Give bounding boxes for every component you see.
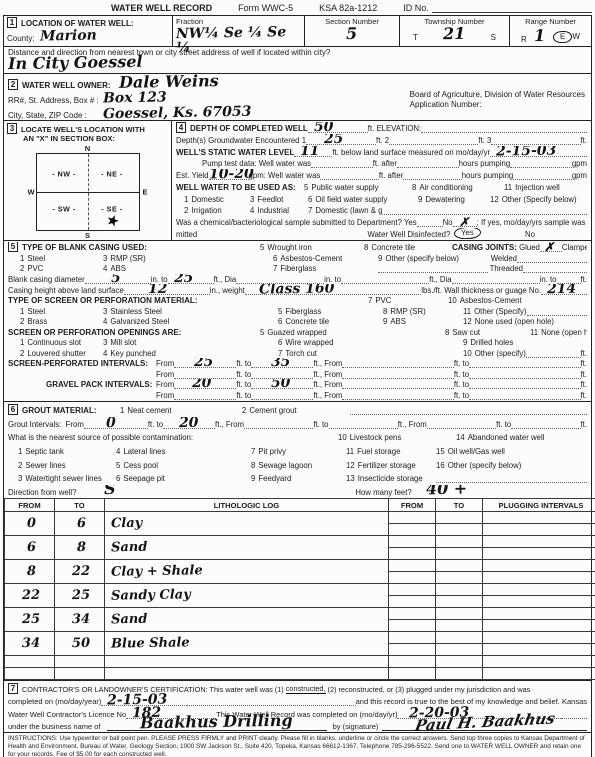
span: EW bbox=[553, 26, 580, 44]
litho-from-value: 0 bbox=[27, 517, 36, 530]
option-9: 9Feedyard bbox=[251, 474, 346, 483]
df bbox=[469, 359, 580, 368]
option-label: Louvered shutter bbox=[27, 349, 86, 358]
option-label: Domestic (lawn & garden) bbox=[315, 206, 381, 215]
option-number: 6 bbox=[308, 195, 312, 204]
option-number: 10 bbox=[448, 296, 457, 305]
d: 11 bbox=[294, 148, 332, 157]
static-level-value: 11 bbox=[300, 146, 320, 157]
section1-location-row: 1 LOCATION OF WATER WELL: County: Marion… bbox=[4, 16, 591, 46]
option-label: Seepage pit bbox=[123, 474, 165, 483]
spi-from-value: 25 bbox=[194, 358, 214, 368]
casing-joints-label: CASING JOINTS: bbox=[452, 243, 517, 252]
compass-east-label: E bbox=[142, 188, 147, 197]
option-5: 5Cess pool bbox=[116, 461, 251, 470]
option-label: Asbestos-Cement bbox=[280, 254, 342, 263]
option-number: 6 bbox=[273, 254, 277, 263]
option-label: Asbestos-Cement bbox=[460, 296, 522, 305]
casing-depth-value: 25 bbox=[174, 274, 194, 284]
constructed-underlined: constructed, bbox=[286, 684, 326, 694]
option-number: 4 bbox=[103, 317, 107, 326]
contamination-question: What is the nearest source of possible c… bbox=[8, 433, 338, 442]
plugging-empty-cell bbox=[389, 548, 436, 560]
option-7: 7Pit privy bbox=[251, 447, 346, 456]
option-number: 14 bbox=[456, 433, 465, 442]
fraction-cell: Fraction NW¼ Se ¼ Se ¼ bbox=[172, 16, 304, 46]
litho-log-value: Sand bbox=[111, 613, 148, 627]
plugging-empty-cell bbox=[389, 608, 436, 620]
option-label: Concrete tile bbox=[371, 243, 415, 252]
depth-value: 50 bbox=[314, 122, 334, 133]
spi2-ftto: ft. to bbox=[236, 370, 251, 379]
option-10: 10Asbestos-Cement bbox=[448, 296, 522, 305]
df bbox=[342, 391, 453, 400]
fr: Blank casing diameter 5 in. to 25 ft., D… bbox=[8, 274, 587, 284]
spi-ftto: ft. to bbox=[236, 359, 251, 368]
df bbox=[469, 391, 580, 400]
option-8: 8Saw cut bbox=[445, 328, 530, 337]
litho-row: 2534Sand bbox=[5, 608, 595, 620]
weight-value: Class 160 bbox=[259, 284, 335, 294]
use-options-line3: 2Irrigation4Industrial7Domestic (lawn & … bbox=[184, 204, 382, 215]
litho-row: 06Clay bbox=[5, 512, 595, 524]
fr: 2Brass4Galvanized Steel6Concrete tile9AB… bbox=[8, 316, 587, 326]
gauge-value: 214 bbox=[547, 284, 576, 294]
contamination-line2: 2Sewer lines5Cess pool8Sewage lagoon12Fe… bbox=[18, 458, 521, 470]
litho-to-value: 8 bbox=[77, 541, 86, 554]
option-8: 8Concrete tile bbox=[364, 243, 415, 252]
id-number-blank bbox=[432, 4, 592, 13]
litho-cell-from: 34 bbox=[5, 632, 55, 656]
option-7: 7PVC bbox=[368, 296, 448, 305]
df bbox=[469, 380, 580, 389]
fr: WELL'S STATIC WATER LEVEL 11 ft. below l… bbox=[176, 146, 587, 157]
option-11: 11Injection well bbox=[504, 183, 560, 192]
option-8: 8Sewage lagoon bbox=[251, 461, 346, 470]
litho-cell-to: 6 bbox=[55, 512, 105, 536]
option-11: 11None (open hole) bbox=[530, 328, 587, 337]
option-number: 5 bbox=[278, 307, 282, 316]
use-options-line1: 5Public water supply8Air conditioning11I… bbox=[304, 181, 560, 192]
option-12: 12Fertilizer storage bbox=[346, 461, 436, 470]
option-label: Feedlot bbox=[257, 195, 283, 204]
pump-gpm: gpm bbox=[572, 159, 587, 168]
form-body: 1 LOCATION OF WATER WELL: County: Marion… bbox=[3, 15, 592, 757]
option-9: 9Drilled holes bbox=[463, 338, 513, 347]
business-name-label: under the business name of bbox=[8, 722, 101, 731]
df bbox=[427, 420, 496, 429]
glued-mark: ✗ bbox=[544, 242, 554, 252]
gpi2-ftfrom: ft., From bbox=[313, 391, 342, 400]
plugging-empty-cell bbox=[483, 572, 595, 584]
gi-ftto2: ft. to bbox=[313, 420, 328, 429]
option-number: 5 bbox=[260, 243, 264, 252]
option-12: 12Other (Specify below) bbox=[490, 195, 577, 204]
plugging-empty-cell bbox=[436, 584, 483, 596]
option-number: 7 bbox=[278, 349, 282, 358]
litho-to-value: 25 bbox=[72, 589, 90, 602]
litho-header: FROM TO LITHOLOGIC LOG FROM TO PLUGGING … bbox=[5, 499, 595, 512]
litho-log-value: Blue Shale bbox=[111, 636, 190, 650]
compass-north-label: N bbox=[23, 144, 153, 153]
gpi2-ftto: ft. to bbox=[236, 391, 251, 400]
litho-empty-cell bbox=[55, 656, 105, 668]
gravel-pack-label: GRAVEL PACK INTERVALS: bbox=[8, 380, 156, 389]
plugging-empty-cell bbox=[483, 644, 595, 656]
d bbox=[251, 370, 313, 379]
township-suffix: S bbox=[491, 33, 496, 42]
option-3: 3RMP (SR) bbox=[103, 254, 273, 263]
option-4: 4Galvanized Steel bbox=[103, 317, 278, 326]
certification-text2: (2) reconstructed, or (3) plugged under … bbox=[328, 685, 531, 694]
plugging-empty-cell bbox=[436, 596, 483, 608]
option-label: Oil well/Gas well bbox=[448, 447, 505, 456]
option-number: 4 bbox=[103, 349, 107, 358]
litho-row bbox=[5, 656, 595, 668]
screen-material-title: TYPE OF SCREEN OR PERFORATION MATERIAL: bbox=[8, 296, 368, 305]
option-number: 3 bbox=[103, 338, 107, 347]
plugging-intervals-header: PLUGGING INTERVALS bbox=[483, 499, 595, 512]
fr: Grout Intervals: From 0 ft. to 20 ft., F… bbox=[8, 417, 587, 429]
fr: 5 TYPE OF BLANK CASING USED: 5Wrought ir… bbox=[8, 242, 587, 252]
litho-empty-cell bbox=[105, 656, 389, 668]
spi-ftto2: ft. to bbox=[454, 359, 469, 368]
lithologic-log-table: FROM TO LITHOLOGIC LOG FROM TO PLUGGING … bbox=[4, 498, 595, 680]
section3-number: 3 bbox=[7, 123, 17, 134]
form-ksa: KSA 82a-1212 bbox=[319, 3, 377, 13]
groundwater-label: Depth(s) Groundwater Encountered bbox=[176, 136, 300, 145]
plugging-empty-cell bbox=[436, 668, 483, 680]
option-12: 12None used (open hole) bbox=[463, 317, 554, 326]
owner-value: Dale Weins bbox=[118, 73, 218, 91]
fr: 1Continuous slot3Mill slot6Wire wrapped9… bbox=[8, 337, 587, 347]
litho-cell-from: 25 bbox=[5, 608, 55, 632]
section-box-diagram: - NW - - NE - - SW - - SE - W E ★ bbox=[36, 153, 140, 231]
option-number: 7 bbox=[273, 264, 277, 273]
df bbox=[421, 124, 587, 133]
option-label: Air conditioning bbox=[419, 183, 472, 192]
option-6: 6Asbestos-Cement bbox=[273, 254, 378, 263]
litho-cell-to: 22 bbox=[55, 560, 105, 584]
range-east-circled: E bbox=[553, 31, 573, 44]
option-10: 10Livestock pens bbox=[338, 433, 456, 442]
option-10: 10Other (specify) bbox=[463, 349, 526, 358]
option-label: Other (Specify below) bbox=[502, 195, 577, 204]
disinfected-label: Water Well Disinfected? bbox=[368, 230, 451, 239]
d bbox=[378, 264, 488, 273]
plugging-empty-cell bbox=[483, 668, 595, 680]
option-label: Livestock pens bbox=[350, 433, 402, 442]
screen-options-line3: 2Brass4Galvanized Steel6Concrete tile9AB… bbox=[20, 316, 554, 326]
option-label: None used (open hole) bbox=[475, 317, 554, 326]
option-label: PVC bbox=[375, 296, 391, 305]
option-label: Other (specify below) bbox=[385, 254, 459, 263]
option-number: 8 bbox=[251, 461, 255, 470]
spi2-ft-end: ft. bbox=[581, 370, 587, 379]
option-label: Dewatering bbox=[425, 195, 464, 204]
section1-number: 1 bbox=[7, 17, 17, 28]
plugging-empty-cell bbox=[436, 656, 483, 668]
groundwater-depth1: 25 bbox=[324, 134, 344, 145]
litho-cell-to: 34 bbox=[55, 608, 105, 632]
option-number: 15 bbox=[436, 447, 445, 456]
tr: FROM TO LITHOLOGIC LOG FROM TO PLUGGING … bbox=[5, 499, 595, 512]
gpi2-from-label: From bbox=[156, 391, 174, 400]
df bbox=[341, 275, 429, 284]
df bbox=[320, 171, 379, 180]
option-number: 8 bbox=[364, 243, 368, 252]
litho-from-value: 25 bbox=[22, 613, 40, 626]
fr: TYPE OF SCREEN OR PERFORATION MATERIAL: … bbox=[8, 295, 587, 305]
option-label: ABS bbox=[390, 317, 406, 326]
litho-log-value: Sandy Clay bbox=[111, 588, 191, 602]
fr: GRAVEL PACK INTERVALS: From 20 ft. to 50… bbox=[8, 379, 587, 389]
distance-value: In City Goessel bbox=[8, 54, 143, 72]
plugging-empty-cell bbox=[389, 584, 436, 596]
litho-empty-cell bbox=[55, 668, 105, 680]
fr: Was a chemical/bacteriological sample su… bbox=[176, 216, 587, 227]
option-4: 4Lateral lines bbox=[116, 447, 251, 456]
option-number: 7 bbox=[308, 206, 312, 215]
yield-ft-after: ft. after bbox=[379, 171, 403, 180]
option-label: Other (Specify) bbox=[474, 307, 526, 316]
option-label: Public water supply bbox=[311, 183, 378, 192]
option-number: 11 bbox=[504, 183, 512, 192]
gi-from-value: 0 bbox=[106, 417, 116, 429]
yield-gpm: gpm bbox=[572, 171, 587, 180]
d bbox=[557, 275, 581, 284]
litho-from-value: 8 bbox=[27, 565, 36, 578]
df bbox=[329, 420, 398, 429]
option-number: 10 bbox=[338, 433, 347, 442]
option-label: Steel bbox=[27, 307, 45, 316]
welded-label: Welded bbox=[491, 254, 517, 263]
diam-ft-dia-1: ft., Dia bbox=[214, 275, 237, 284]
option-13: 13Insecticide storage bbox=[346, 474, 436, 483]
litho-row: 2225Sandy Clay bbox=[5, 584, 595, 596]
option-number: 7 bbox=[251, 447, 255, 456]
option-number: 8 bbox=[383, 307, 387, 316]
df: Class 160 bbox=[245, 286, 421, 295]
fr: WELL WATER TO BE USED AS: 5Public water … bbox=[176, 181, 587, 192]
static-level-label: WELL'S STATIC WATER LEVEL bbox=[176, 148, 294, 157]
casing-options-line3: 2PVC4ABS7Fiberglass bbox=[20, 263, 378, 273]
instructions-text: INSTRUCTIONS: Use typewriter or ball poi… bbox=[4, 732, 591, 757]
option-number: 2 bbox=[20, 349, 24, 358]
section-number-cell: Section Number 5 bbox=[304, 16, 399, 46]
spi-from-label: From bbox=[156, 359, 174, 368]
option-number: 9 bbox=[418, 195, 422, 204]
quadrant-ne-label: - NE - bbox=[101, 169, 123, 178]
option-label: Lateral lines bbox=[123, 447, 165, 456]
how-many-feet-label: How many feet? bbox=[355, 488, 411, 497]
fr: 6 GROUT MATERIAL: 1Neat cement2Cement gr… bbox=[8, 403, 587, 415]
option-label: Guazed wrapped bbox=[267, 328, 326, 337]
option-number: 6 bbox=[278, 317, 282, 326]
d: 0 bbox=[84, 420, 148, 429]
fr: 1Domestic3Feedlot6Oil field water supply… bbox=[176, 193, 587, 204]
contamination-line3: 3Watertight sewer lines6Seepage pit9Feed… bbox=[18, 471, 436, 483]
option-number: 9 bbox=[463, 338, 467, 347]
option-number: 11 bbox=[463, 307, 471, 316]
d bbox=[174, 391, 236, 400]
litho-cell-from: 22 bbox=[5, 584, 55, 608]
option-9: 9Dewatering bbox=[418, 195, 490, 204]
litho-empty-cell bbox=[105, 668, 389, 680]
option-number: 8 bbox=[412, 183, 416, 192]
option-1: 1Septic tank bbox=[18, 447, 116, 456]
section4-number: 4 bbox=[176, 122, 186, 133]
fr: 7 CONTRACTOR'S OR LANDOWNER'S CERTIFICAT… bbox=[8, 682, 587, 694]
section-number-value: 5 bbox=[346, 26, 357, 42]
line: 2 WATER WELL OWNER: Dale Weins bbox=[8, 75, 587, 90]
df bbox=[436, 474, 587, 483]
fr: SCREEN-PERFORATED INTERVALS: From 25 ft.… bbox=[8, 358, 587, 368]
screen-options-line1: 7PVC10Asbestos-Cement bbox=[368, 295, 587, 305]
fr: Depth(s) Groundwater Encountered 1 25 ft… bbox=[176, 134, 587, 145]
option-6: 6Concrete tile bbox=[278, 317, 383, 326]
litho-cell-log: Clay + Shale bbox=[105, 560, 389, 584]
plugging-empty-cell bbox=[483, 632, 595, 644]
option-label: Pit privy bbox=[258, 447, 286, 456]
litho-cell-log: Sand bbox=[105, 608, 389, 632]
df bbox=[342, 359, 453, 368]
plugging-empty-cell bbox=[436, 644, 483, 656]
county-cell: 1 LOCATION OF WATER WELL: County: Marion bbox=[4, 16, 172, 46]
option-15: 15Oil well/Gas well bbox=[436, 447, 505, 456]
range-west: W bbox=[572, 32, 580, 41]
casing-height-label: Casing height above land surface bbox=[8, 286, 124, 295]
casing-height-value: 12 bbox=[148, 284, 168, 294]
water-well-record-form: WATER WELL RECORD Form WWC-5 KSA 82a-121… bbox=[0, 0, 595, 757]
openings-other-ft: ft. bbox=[581, 349, 588, 358]
option-number: 1 bbox=[184, 195, 188, 204]
township-cell: Township Number T 21 S bbox=[399, 16, 509, 46]
spi-ftfrom: ft., From bbox=[313, 359, 342, 368]
option-number: 5 bbox=[260, 328, 264, 337]
fr: 3Watertight sewer lines6Seepage pit9Feed… bbox=[8, 471, 587, 483]
div: 5 bbox=[308, 26, 396, 44]
certification-text3: and this record is true to the best of m… bbox=[356, 697, 587, 706]
d: ✗ bbox=[540, 243, 562, 252]
casing-title: TYPE OF BLANK CASING USED: bbox=[22, 243, 147, 252]
litho-row: 68Sand bbox=[5, 536, 595, 548]
openings-line3: 2Louvered shutter4Key punched7Torch cut1… bbox=[20, 347, 526, 357]
section7-certification: 7 CONTRACTOR'S OR LANDOWNER'S CERTIFICAT… bbox=[4, 680, 591, 732]
fr: 5 TYPE OF BLANK CASING USED: bbox=[8, 242, 260, 252]
form-header: WATER WELL RECORD Form WWC-5 KSA 82a-121… bbox=[3, 2, 592, 15]
option-2: 2Cement grout bbox=[242, 406, 350, 415]
option-number: 11 bbox=[530, 328, 538, 337]
option-number: 16 bbox=[436, 461, 445, 470]
df bbox=[397, 159, 459, 168]
df bbox=[403, 171, 462, 180]
address-label: RR#, St. Address, Box # : bbox=[8, 96, 103, 105]
option-3: 3Feedlot bbox=[250, 195, 308, 204]
option-number: 2 bbox=[242, 406, 246, 415]
option-6: 6Oil field water supply bbox=[308, 195, 418, 204]
plugging-empty-cell bbox=[389, 596, 436, 608]
option-label: Sewer lines bbox=[25, 461, 65, 470]
pump-ft-after: ft. after bbox=[373, 159, 397, 168]
form-title: WATER WELL RECORD bbox=[111, 3, 212, 13]
option-4: 4Industrial bbox=[250, 206, 308, 215]
option-label: RMP (SR) bbox=[110, 254, 145, 263]
county-value: Marion bbox=[39, 29, 96, 44]
option-number: 3 bbox=[103, 307, 107, 316]
section7-number: 7 bbox=[8, 683, 18, 694]
casing-options-line2: 1Steel3RMP (SR)6Asbestos-Cement9Other (s… bbox=[20, 253, 490, 263]
df bbox=[491, 136, 580, 145]
litho-from-value: 34 bbox=[22, 637, 40, 650]
litho-cell-to: 25 bbox=[55, 584, 105, 608]
option-number: 2 bbox=[184, 206, 188, 215]
litho-to-value: 6 bbox=[77, 517, 86, 530]
option-5: 5Fiberglass bbox=[278, 307, 383, 316]
plugging-empty-cell bbox=[483, 512, 595, 524]
gpi-ft-end: ft. bbox=[581, 380, 587, 389]
df bbox=[342, 370, 453, 379]
d bbox=[417, 218, 443, 227]
d bbox=[251, 391, 313, 400]
section5-casing: 5 TYPE OF BLANK CASING USED: 5Wrought ir… bbox=[4, 240, 591, 401]
option-label: Fiberglass bbox=[280, 264, 316, 273]
fr: 2Irrigation4Industrial7Domestic (lawn & … bbox=[176, 204, 587, 215]
section4-well-details: 4 DEPTH OF COMPLETED WELL 50 ft. ELEVATI… bbox=[172, 121, 591, 240]
div: In City Goessel bbox=[8, 55, 587, 73]
d: 25 bbox=[306, 136, 376, 145]
option-number: 9 bbox=[378, 254, 382, 263]
grout-intervals-label: Grout Intervals: bbox=[8, 420, 61, 429]
wall-thickness-label: lbs./ft. Wall thickness or guage No. bbox=[421, 286, 541, 295]
litho-empty-cell bbox=[5, 668, 55, 680]
disinfected-no-label: No bbox=[525, 230, 535, 239]
option-number: 1 bbox=[20, 254, 24, 263]
gpi2-ft-end: ft. bbox=[581, 391, 587, 400]
option-number: 3 bbox=[103, 254, 107, 263]
option-number: 4 bbox=[250, 206, 254, 215]
df bbox=[527, 307, 587, 316]
plugging-empty-cell bbox=[436, 560, 483, 572]
fr: Pump test data: Well water was ft. after… bbox=[176, 157, 587, 168]
plugging-empty-cell bbox=[483, 656, 595, 668]
option-label: Wrought iron bbox=[267, 243, 312, 252]
litho-from-value: 22 bbox=[22, 589, 40, 602]
fr: 1 LOCATION OF WATER WELL: bbox=[7, 17, 169, 28]
plugging-empty-cell bbox=[483, 560, 595, 572]
section2-owner: 2 WATER WELL OWNER: Dale Weins RR#, St. … bbox=[4, 73, 591, 120]
option-number: 8 bbox=[445, 328, 449, 337]
option-2: 2Irrigation bbox=[184, 206, 250, 215]
compass-vertical-line bbox=[88, 154, 89, 230]
option-1: 1Steel bbox=[20, 254, 103, 263]
fr: mitted Water Well Disinfected? Yes No bbox=[176, 228, 587, 239]
option-11: 11Other (Specify) bbox=[463, 307, 527, 316]
plugging-empty-cell bbox=[389, 524, 436, 536]
option-label: Saw cut bbox=[452, 328, 480, 337]
fr: 3 LOCATE WELL'S LOCATION WITH bbox=[7, 123, 168, 134]
litho-log-value: Sand bbox=[111, 541, 148, 555]
section6-number: 6 bbox=[8, 404, 18, 415]
d: 20 bbox=[174, 380, 236, 389]
df bbox=[350, 406, 588, 415]
fr: County: Marion bbox=[7, 29, 169, 43]
openings-title: SCREEN OR PERFORATION OPENINGS ARE: bbox=[8, 328, 260, 337]
chem-rest: ; If yes, mo/day/yrs sample was sub- bbox=[477, 218, 587, 227]
elevation-label: ft. ELEVATION: bbox=[368, 124, 421, 133]
plugging-empty-cell bbox=[436, 608, 483, 620]
section3-location-box: 3 LOCATE WELL'S LOCATION WITH AN "X" IN … bbox=[4, 121, 172, 240]
